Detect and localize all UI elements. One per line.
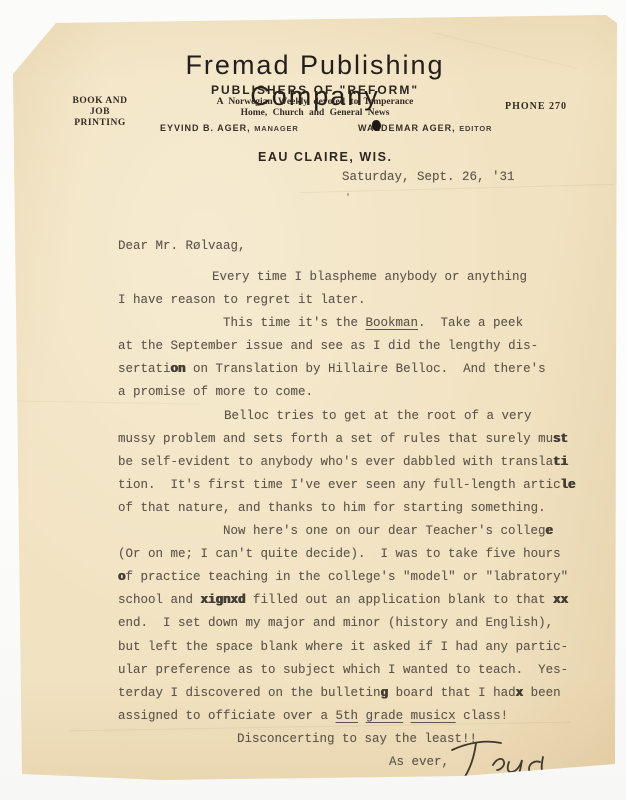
city-line: EAU CLAIRE, WIS. — [258, 150, 392, 164]
typed-line: mussy problem and sets forth a set of ru… — [118, 428, 598, 451]
typed-segment: Now here's one on our dear Teacher's col… — [223, 524, 546, 538]
typed-segment: tion. It's first time I've ever seen any… — [118, 478, 561, 492]
typed-line: end. I set down my major and minor (hist… — [118, 612, 598, 635]
typed-segment: (Or on me; I can't quite decide). I was … — [118, 547, 561, 561]
typed-segment: on Translation by Hillaire Belloc. And t… — [186, 362, 546, 376]
typed-segment: f practice teaching in the college's "mo… — [126, 570, 569, 584]
typed-segment-u: Bookman — [366, 316, 419, 330]
typed-segment: sertati — [118, 362, 171, 376]
typed-segment-b: le — [561, 478, 576, 492]
typed-segment: but left the space blank where it asked … — [118, 640, 568, 654]
scanned-letter-page: { "scan": { "background_color": "#fcfcfb… — [0, 0, 626, 800]
typed-segment: Belloc tries to get at the root of a ver… — [224, 409, 532, 423]
typed-segment: of that nature, and thanks to him for st… — [118, 501, 546, 515]
publishers-line: PUBLISHERS OF "REFORM" — [165, 83, 465, 97]
typed-segment — [403, 709, 411, 723]
typed-segment-b: st — [553, 432, 568, 446]
typed-segment: a promise of more to come. — [118, 385, 313, 399]
typed-line: ular preference as to subject which I wa… — [118, 659, 598, 682]
typed-line: school and xignxd filled out an applicat… — [118, 589, 598, 612]
typed-segment-b: xx — [553, 593, 568, 607]
letter-paper: Fremad Publishing Company PUBLISHERS OF … — [10, 10, 618, 786]
typed-segment-b: o — [118, 570, 126, 584]
typed-line: terday I discovered on the bulleting boa… — [118, 682, 598, 705]
typed-segment: This time it's the — [223, 316, 366, 330]
typed-segment: . Take a peek — [418, 316, 523, 330]
manager-credit: EYVIND B. AGER, MANAGER — [160, 123, 299, 133]
salutation: Dear Mr. Rølvaag, — [118, 239, 246, 253]
typed-line: I have reason to regret it later. — [118, 289, 598, 312]
typed-line: be self-evident to anybody who's ever da… — [118, 451, 598, 474]
typed-segment: board that I had — [388, 686, 516, 700]
valediction: As ever, — [389, 755, 449, 769]
typed-segment — [358, 709, 366, 723]
typed-line: of that nature, and thanks to him for st… — [118, 497, 598, 520]
typed-segment-b: on — [171, 362, 186, 376]
typed-line: of practice teaching in the college's "m… — [118, 566, 598, 589]
typed-line: (Or on me; I can't quite decide). I was … — [118, 543, 598, 566]
typed-line: sertation on Translation by Hillaire Bel… — [118, 358, 598, 381]
left-note-line-1: BOOK AND — [73, 96, 128, 106]
typed-segment-b: xignxd — [201, 593, 246, 607]
typed-segment: I have reason to regret it later. — [118, 293, 366, 307]
editor-role: EDITOR — [459, 124, 492, 133]
typed-segment: Disconcerting to say the least!! — [237, 732, 477, 746]
tagline-line-2: Home, Church and General News — [150, 108, 480, 118]
typed-line: assigned to officiate over a 5th grade m… — [118, 705, 598, 728]
typed-segment-b: e — [546, 524, 554, 538]
typed-segment-b: x — [516, 686, 524, 700]
manager-name: EYVIND B. AGER, — [160, 123, 251, 133]
phone-note: PHONE 270 — [505, 101, 567, 112]
typed-line: Belloc tries to get at the root of a ver… — [118, 405, 598, 428]
stray-mark — [347, 193, 349, 196]
typed-line: at the September issue and see as I did … — [118, 335, 598, 358]
typed-segment-b: g — [381, 686, 389, 700]
typed-segment-u: musicx — [411, 709, 456, 723]
typed-segment-u: 5th — [336, 709, 359, 723]
typed-segment: school and — [118, 593, 201, 607]
typed-segment: filled out an application blank to that — [246, 593, 554, 607]
typed-segment-b: ti — [553, 455, 568, 469]
ink-blot — [372, 120, 381, 131]
typed-line: but left the space blank where it asked … — [118, 636, 598, 659]
typed-segment: mussy problem and sets forth a set of ru… — [118, 432, 553, 446]
left-note: BOOK AND JOB PRINTING — [65, 96, 135, 129]
typed-segment: class! — [456, 709, 509, 723]
typed-segment: at the September issue and see as I did … — [118, 339, 538, 353]
typed-segment: assigned to officiate over a — [118, 709, 336, 723]
typed-line: Now here's one on our dear Teacher's col… — [118, 520, 598, 543]
typed-segment: be self-evident to anybody who's ever da… — [118, 455, 553, 469]
typed-segment: Every time I blaspheme anybody or anythi… — [212, 270, 527, 284]
letter-body: Every time I blaspheme anybody or anythi… — [118, 266, 598, 751]
typed-segment: ular preference as to subject which I wa… — [118, 663, 568, 677]
typed-segment: terday I discovered on the bulletin — [118, 686, 381, 700]
typed-line: a promise of more to come. — [118, 381, 598, 404]
typed-segment-u: grade — [366, 709, 404, 723]
left-note-line-2: JOB PRINTING — [74, 107, 126, 128]
crease-line — [300, 184, 615, 193]
typed-line: This time it's the Bookman. Take a peek — [118, 312, 598, 335]
date-line: Saturday, Sept. 26, '31 — [342, 170, 515, 184]
manager-role: MANAGER — [254, 124, 298, 133]
tagline-line-1: A Norwegian Weekly devoted to Temperance — [150, 97, 480, 107]
typed-line: tion. It's first time I've ever seen any… — [118, 474, 598, 497]
typed-segment: end. I set down my major and minor (hist… — [118, 616, 553, 630]
typed-line: Every time I blaspheme anybody or anythi… — [118, 266, 598, 289]
typed-segment: been — [523, 686, 561, 700]
